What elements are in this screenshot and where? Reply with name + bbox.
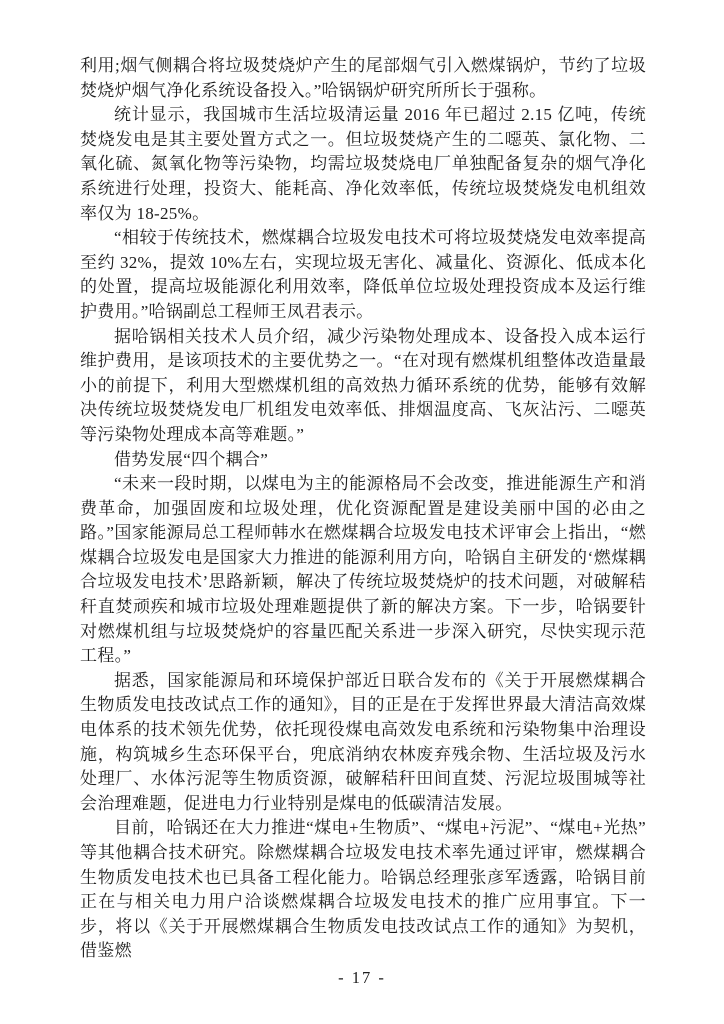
document-body: 利用;烟气侧耦合将垃圾焚烧炉产生的尾部烟气引入燃煤锅炉，节约了垃圾焚烧炉烟气净化… bbox=[80, 54, 646, 964]
page-footer: - 17 - bbox=[0, 968, 724, 988]
page-number: - 17 - bbox=[338, 968, 386, 987]
document-page: 利用;烟气侧耦合将垃圾焚烧炉产生的尾部烟气引入燃煤锅炉，节约了垃圾焚烧炉烟气净化… bbox=[0, 0, 724, 1024]
paragraph: “未来一段时期，以煤电为主的能源格局不会改变，推进能源生产和消费革命，加强固废和… bbox=[80, 472, 646, 669]
paragraph: 据悉，国家能源局和环境保护部近日联合发布的《关于开展燃煤耦合生物质发电技改试点工… bbox=[80, 669, 646, 817]
paragraph: 统计显示，我国城市生活垃圾清运量 2016 年已超过 2.15 亿吨，传统焚烧发… bbox=[80, 103, 646, 226]
paragraph: 目前，哈锅还在大力推进“煤电+生物质”、“煤电+污泥”、“煤电+光热”等其他耦合… bbox=[80, 816, 646, 964]
section-subheading: 借势发展“四个耦合” bbox=[80, 448, 646, 473]
paragraph: 据哈锅相关技术人员介绍，减少污染物处理成本、设备投入成本运行维护费用，是该项技术… bbox=[80, 325, 646, 448]
paragraph-continuation: 利用;烟气侧耦合将垃圾焚烧炉产生的尾部烟气引入燃煤锅炉，节约了垃圾焚烧炉烟气净化… bbox=[80, 54, 646, 103]
paragraph: “相较于传统技术，燃煤耦合垃圾发电技术可将垃圾焚烧发电效率提高至约 32%，提效… bbox=[80, 226, 646, 324]
